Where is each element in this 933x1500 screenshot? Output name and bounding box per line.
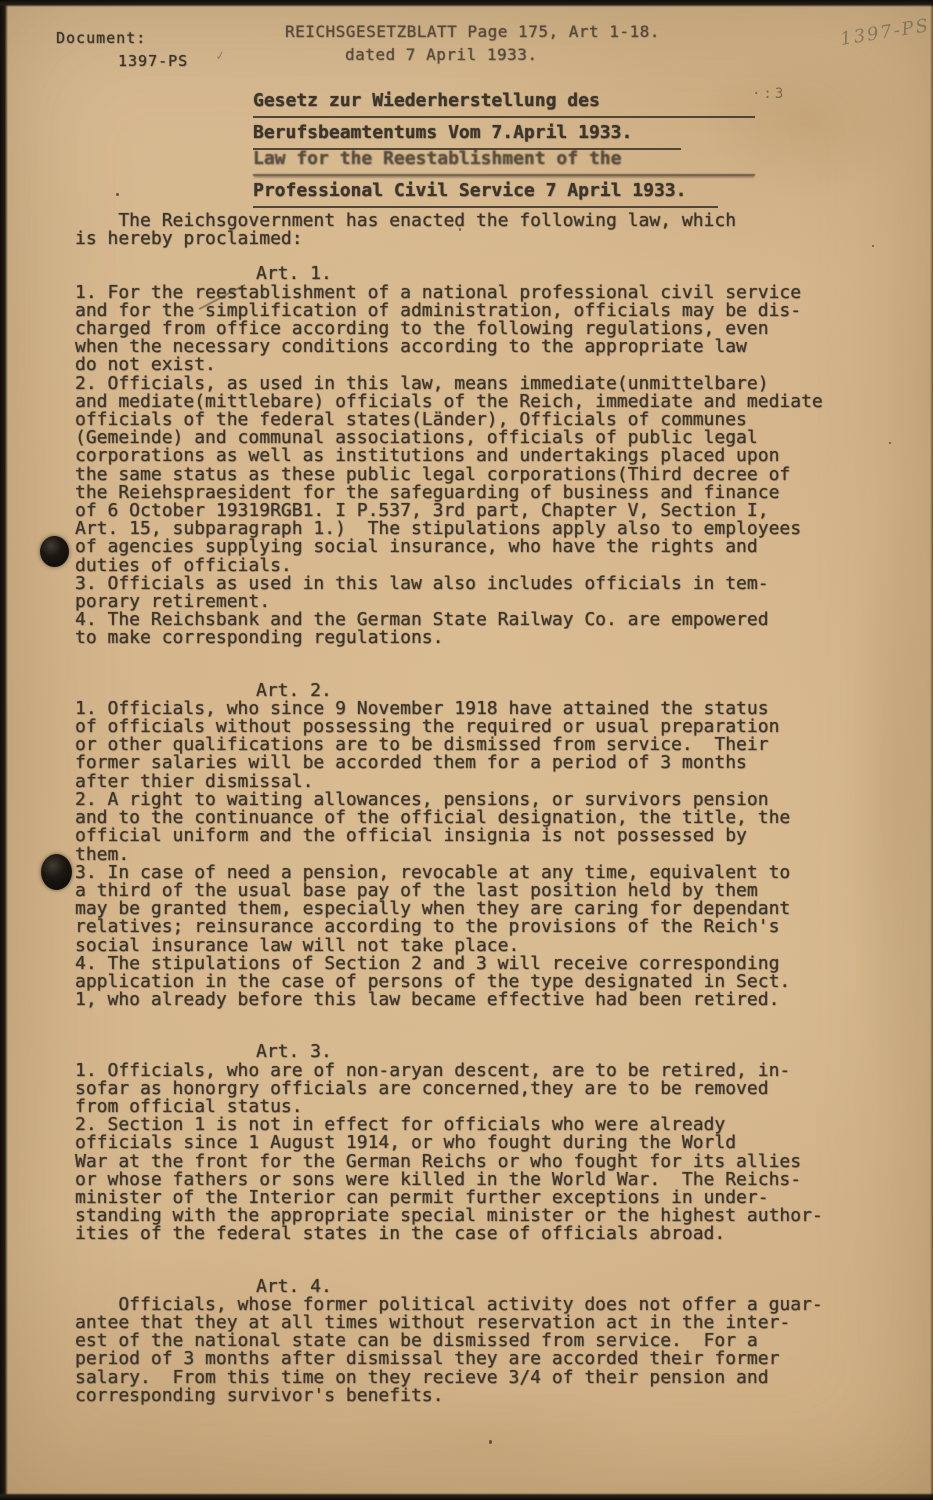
scan-edge-bottom xyxy=(0,1493,933,1500)
english-title: Law for the Reestablishment of the Profe… xyxy=(253,144,755,208)
handwritten-doc-number: 1397-PS xyxy=(839,15,932,50)
document-label: Document: 1397-PS xyxy=(56,27,188,73)
reichsgesetzblatt-reference: REICHSGESETZBLATT Page 175, Art 1-18. da… xyxy=(285,20,660,66)
english-title-line-2: Professional Civil Service 7 April 1933. xyxy=(253,176,718,208)
scan-edge-left xyxy=(0,0,8,1500)
german-title-line-1: Gesetz zur Wiederherstellung des xyxy=(253,86,755,118)
pencil-checkmark: ✓ xyxy=(215,47,226,64)
article-body: 1. For the reestablishment of a national… xyxy=(75,284,895,648)
german-title: Gesetz zur Wiederherstellung des Berufsb… xyxy=(253,86,755,150)
document-body: The Reichsgovernment has enacted the fol… xyxy=(75,212,895,1405)
article-section: Art. 2.1. Officials, who since 9 Novembe… xyxy=(75,682,895,1010)
document-label-text: Document: xyxy=(56,27,188,50)
english-title-line-1: Law for the Reestablishment of the xyxy=(253,144,755,176)
scanned-document-page: Document: 1397-PS ✓ REICHSGESETZBLATT Pa… xyxy=(0,0,933,1500)
reference-line-2: dated 7 April 1933. xyxy=(345,43,660,66)
margin-mark: ·:3 xyxy=(752,86,786,102)
article-body: 1. Officials, who since 9 November 1918 … xyxy=(75,700,895,1009)
article-heading: Art. 1. xyxy=(75,265,895,283)
articles-container: Art. 1.1. For the reestablishment of a n… xyxy=(75,265,895,1405)
reference-line-1: REICHSGESETZBLATT Page 175, Art 1-18. xyxy=(285,20,660,43)
article-section: Art. 1.1. For the reestablishment of a n… xyxy=(75,265,895,647)
hole-punch xyxy=(41,854,72,890)
preamble: The Reichsgovernment has enacted the fol… xyxy=(75,212,895,248)
article-body: 1. Officials, who are of non-aryan desce… xyxy=(75,1062,895,1244)
paper-speck xyxy=(489,1440,492,1444)
document-number: 1397-PS xyxy=(118,50,188,73)
hole-punch xyxy=(40,536,69,567)
paper-speck xyxy=(116,193,119,196)
article-heading: Art. 3. xyxy=(75,1043,895,1061)
article-section: Art. 3.1. Officials, who are of non-arya… xyxy=(75,1043,895,1243)
article-section: Art. 4. Officials, whose former politica… xyxy=(75,1278,895,1405)
scan-edge-top xyxy=(0,0,933,7)
article-body: Officials, whose former political activi… xyxy=(75,1296,895,1405)
